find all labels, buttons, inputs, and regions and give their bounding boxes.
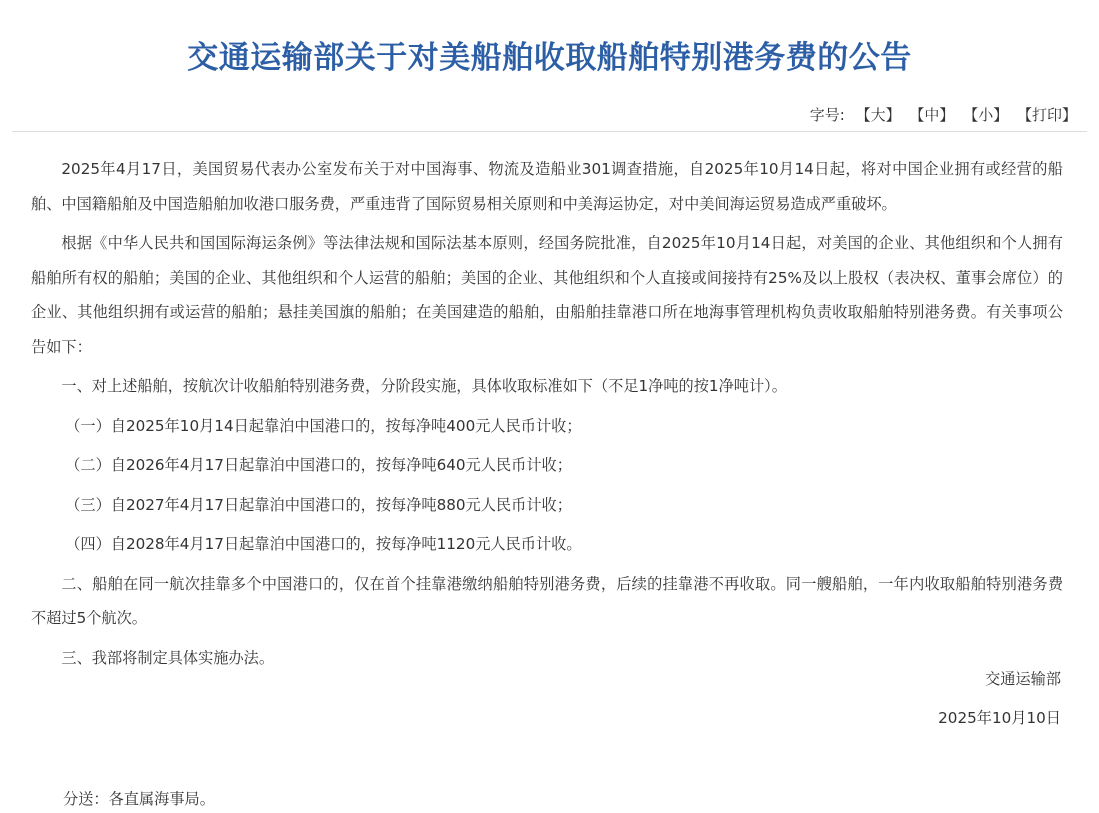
distribution-note: 分送：各直属海事局。	[63, 788, 215, 810]
clause-one-paragraph: 一、对上述船舶，按航次计收船舶特别港务费，分阶段实施，具体收取标准如下（不足1净…	[31, 369, 1063, 404]
signature-org: 交通运输部	[985, 668, 1061, 690]
page-title: 交通运输部关于对美船舶收取船舶特别港务费的公告	[0, 36, 1099, 80]
font-size-toolbar: 字号: 【大】 【中】 【小】 【打印】	[810, 104, 1077, 126]
font-size-small-button[interactable]: 【小】	[963, 106, 1008, 124]
font-size-large-button[interactable]: 【大】	[856, 106, 901, 124]
signature-date: 2025年10月10日	[938, 707, 1061, 729]
intro-paragraph: 2025年4月17日，美国贸易代表办公室发布关于对中国海事、物流及造船业301调…	[31, 152, 1063, 221]
font-size-medium-button[interactable]: 【中】	[909, 106, 954, 124]
fee-item: （四）自2028年4月17日起靠泊中国港口的，按每净吨1120元人民币计收。	[31, 527, 1063, 562]
print-button[interactable]: 【打印】	[1017, 106, 1077, 124]
clause-three-paragraph: 三、我部将制定具体实施办法。	[31, 641, 1063, 676]
fee-item: （二）自2026年4月17日起靠泊中国港口的，按每净吨640元人民币计收；	[31, 448, 1063, 483]
clause-two-paragraph: 二、船舶在同一航次挂靠多个中国港口的，仅在首个挂靠港缴纳船舶特别港务费，后续的挂…	[31, 567, 1063, 636]
header-divider	[12, 131, 1087, 132]
legal-basis-paragraph: 根据《中华人民共和国国际海运条例》等法律法规和国际法基本原则，经国务院批准，自2…	[31, 226, 1063, 364]
font-size-label: 字号:	[810, 106, 845, 124]
fee-item: （三）自2027年4月17日起靠泊中国港口的，按每净吨880元人民币计收；	[31, 488, 1063, 523]
announcement-body: 2025年4月17日，美国贸易代表办公室发布关于对中国海事、物流及造船业301调…	[31, 152, 1063, 680]
fee-item: （一）自2025年10月14日起靠泊中国港口的，按每净吨400元人民币计收；	[31, 409, 1063, 444]
